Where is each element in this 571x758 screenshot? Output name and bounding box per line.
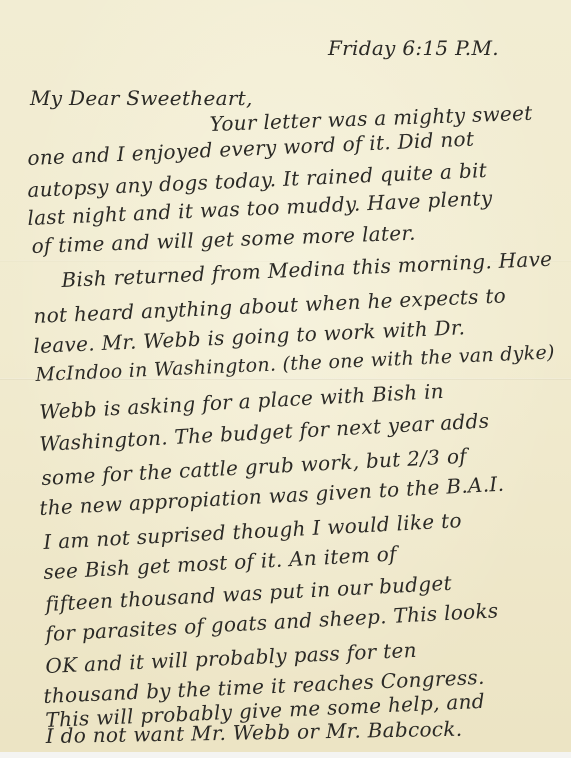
- letter-salutation: My Dear Sweetheart,: [30, 86, 253, 110]
- letter-dateline: Friday 6:15 P.M.: [328, 36, 499, 60]
- scan-margin: [0, 752, 571, 758]
- letter-page: Friday 6:15 P.M. My Dear Sweetheart, You…: [0, 0, 571, 752]
